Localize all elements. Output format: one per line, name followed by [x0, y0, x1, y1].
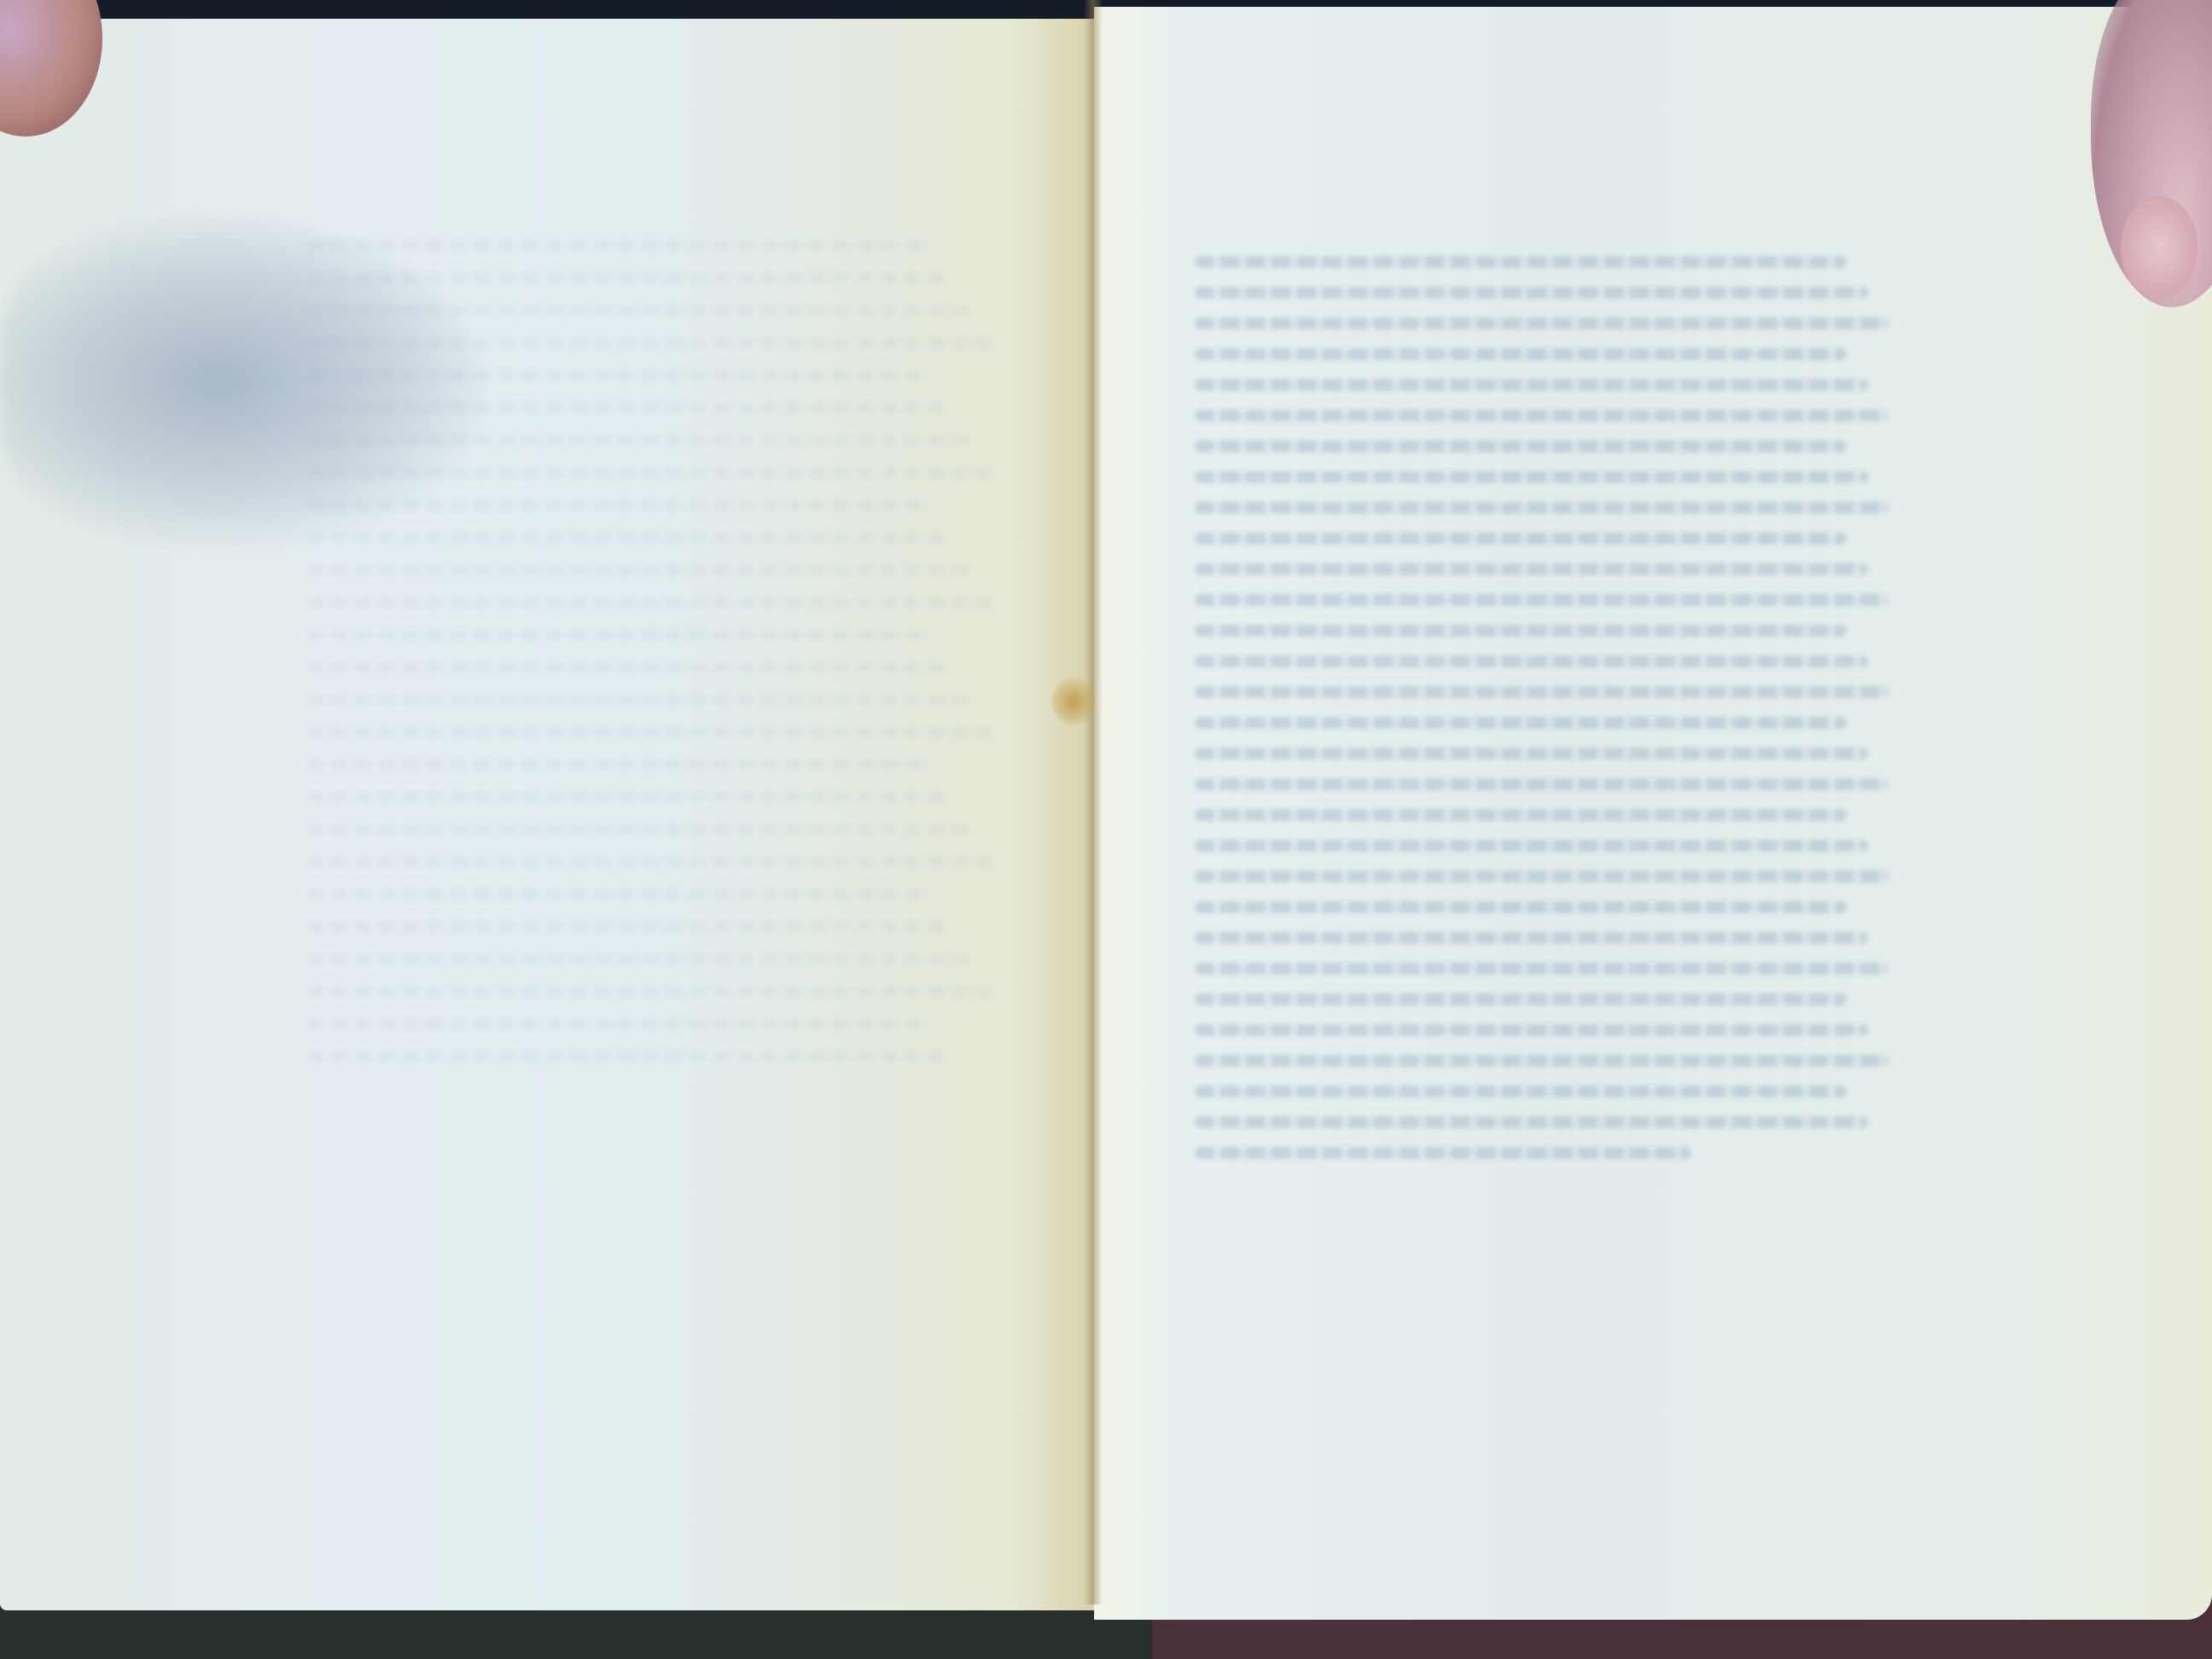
- bleed-through-line: [307, 889, 930, 899]
- faded-text-line: [1195, 655, 1868, 667]
- faded-text-line: [1195, 901, 1847, 913]
- bleed-through-line: [307, 338, 994, 348]
- faded-text-line: [1195, 778, 1889, 790]
- bleed-through-line: [307, 760, 930, 770]
- bleed-through-line: [307, 954, 973, 964]
- bleed-through-line: [307, 824, 973, 835]
- bleed-through-line: [307, 922, 952, 932]
- faded-text-line: [1195, 471, 1868, 483]
- faded-text-line: [1195, 440, 1847, 452]
- faded-text-line: [1195, 563, 1868, 575]
- bleed-through-line: [307, 727, 994, 737]
- faded-text-line: [1195, 1055, 1889, 1067]
- faded-text-line: [1195, 1024, 1868, 1036]
- bleed-through-line: [307, 597, 994, 608]
- faded-text-line: [1195, 317, 1889, 329]
- bleed-through-line: [307, 241, 930, 251]
- bleed-through-line: [307, 565, 973, 575]
- book-gutter: [1084, 0, 1103, 1604]
- faded-text-line: [1195, 379, 1868, 391]
- faded-text-block: [1195, 256, 1903, 1408]
- right-fingernail: [2121, 196, 2197, 299]
- bleed-through-line: [307, 403, 952, 413]
- bleed-through-line: [307, 1051, 952, 1062]
- left-page: [0, 19, 1101, 1610]
- bleed-through-text: [307, 241, 1016, 1367]
- bleed-through-line: [307, 306, 973, 316]
- faded-text-line: [1195, 1147, 1691, 1159]
- bleed-through-line: [307, 435, 973, 445]
- faded-text-line: [1195, 533, 1847, 544]
- faded-text-line: [1195, 993, 1847, 1005]
- photo-scene: Photograph of an open bound manuscript h…: [0, 0, 2212, 1659]
- bleed-through-line: [307, 695, 973, 705]
- faded-text-line: [1195, 686, 1889, 698]
- bleed-through-line: [307, 857, 994, 867]
- faded-text-line: [1195, 410, 1889, 422]
- faded-text-line: [1195, 625, 1847, 637]
- bleed-through-line: [307, 533, 952, 543]
- bleed-through-line: [307, 273, 952, 283]
- bleed-through-line: [307, 500, 930, 510]
- faded-text-line: [1195, 809, 1847, 821]
- bleed-through-line: [307, 468, 994, 478]
- faded-text-line: [1195, 1116, 1868, 1128]
- faded-text-line: [1195, 932, 1868, 944]
- bleed-through-line: [307, 1019, 930, 1029]
- bleed-through-line: [307, 662, 952, 672]
- gutter-stain: [1051, 676, 1096, 727]
- faded-text-line: [1195, 840, 1868, 852]
- faded-text-line: [1195, 256, 1847, 268]
- bleed-through-line: [307, 630, 930, 640]
- faded-text-line: [1195, 717, 1847, 729]
- faded-text-line: [1195, 963, 1889, 975]
- faded-text-line: [1195, 594, 1889, 606]
- bleed-through-line: [307, 370, 930, 381]
- bleed-through-line: [307, 987, 994, 997]
- faded-text-line: [1195, 870, 1889, 882]
- bleed-through-line: [307, 792, 952, 802]
- faded-text-line: [1195, 348, 1847, 360]
- faded-text-line: [1195, 287, 1868, 299]
- faded-text-line: [1195, 1086, 1847, 1097]
- faded-text-line: [1195, 502, 1889, 514]
- faded-text-line: [1195, 748, 1868, 760]
